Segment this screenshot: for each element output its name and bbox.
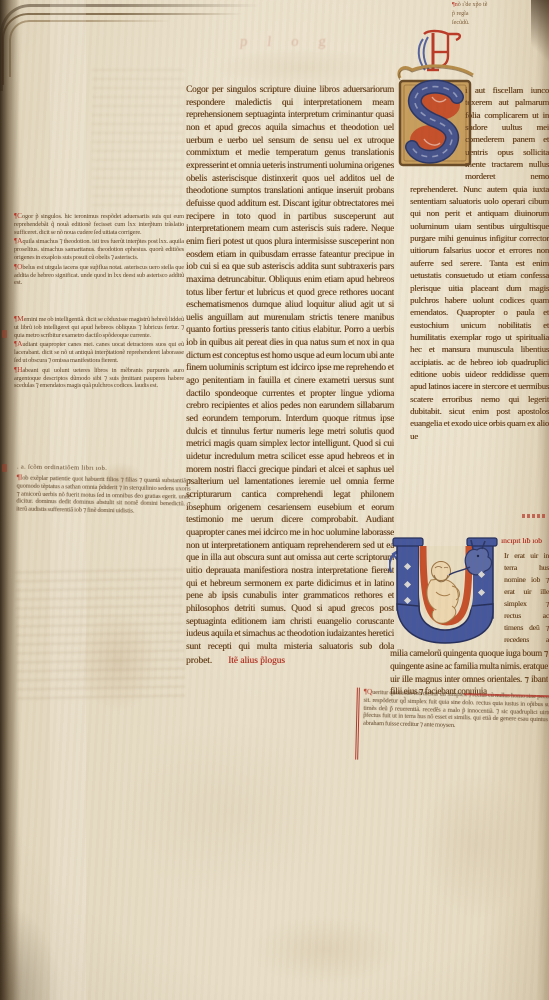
gloss-heading: . a. ſcõm ordinatiõem librı ıob. (17, 462, 191, 474)
left-margin-gloss-block-2: ¶Memini me ob intelligentiã. dicit se cõ… (14, 315, 184, 433)
bottom-right-marginal-note: ¶Queritur quomodo iob dicitur uir simple… (355, 688, 549, 765)
stain (210, 48, 390, 88)
explicit-rubric: Itẽ alius p̃logus (228, 656, 285, 666)
parchment-page: ¶nõ ı̃ de xp̃o tẽ p̃ regĩa ſecũdũ. p l o… (0, 0, 549, 1000)
gloss-paragraph: ¶Iob exẽplar patientie quot habuerit fil… (16, 473, 191, 516)
top-right-inscription: ¶nõ ı̃ de xp̃o tẽ p̃ regĩa ſecũdũ. (452, 1, 542, 28)
initial-s-spacer (410, 84, 460, 170)
historiated-initial-u-job-devil (389, 526, 501, 646)
verso-show-through (15, 569, 185, 700)
left-margin-gloss-block-1: ¶Cogor p̃ singulos. hic ieronimus respõd… (14, 212, 184, 314)
gloss-paragraph: ¶Audiant quapropter canes mei. canes uoc… (14, 340, 184, 364)
gloss-paragraph: ¶Memini me ob intelligentiã. dicit se cõ… (14, 315, 184, 339)
running-title: p l o g (239, 34, 335, 51)
job-1-1-text: Ir erat uir in terra hus nomine iob ⁊ er… (504, 550, 549, 646)
gloss-paragraph: ¶Aquila simachus ⁊ theodotion. isti tres… (14, 237, 184, 261)
job-opening-text: Ir erat uir in terra hus nomine iob ⁊ er… (504, 550, 549, 646)
prologue-cogor-text: Cogor per singulos scripture diuine libr… (186, 84, 394, 654)
incipit-rubric: ıncıpıt lıƀ ıob (501, 536, 549, 547)
manuscript-photo: ¶nõ ı̃ de xp̃o tẽ p̃ regĩa ſecũdũ. p l o… (0, 0, 549, 1000)
explicit-last-word: probet. (186, 656, 212, 666)
red-line-filler (522, 514, 546, 518)
gloss-paragraph: ¶Habeant qui uolunt ueteres libros in mẽ… (14, 366, 184, 390)
verso-show-through (92, 66, 184, 206)
stain (420, 770, 530, 920)
stain (120, 720, 340, 900)
main-text-column: Cogor per singulos scripture diuine libr… (186, 84, 394, 654)
margin-mark (2, 464, 7, 472)
explicit-line: probet.Itẽ alius p̃logus (186, 655, 394, 669)
inscription-line: p̃ regĩa (452, 10, 542, 19)
gloss-paragraph: ¶Cogor p̃ singulos. hic ieronimus respõd… (14, 212, 184, 236)
folio-edge-line-inner (9, 20, 231, 77)
gloss-paragraph: ¶Obelus est uirgula iacens que sup̃flua … (14, 263, 184, 287)
margin-mark (2, 330, 7, 338)
left-margin-gloss-block-3: . a. ſcõm ordinatiõem librı ıob. ¶Iob ex… (15, 462, 191, 579)
inscription-line: ¶nõ ı̃ de xp̃o tẽ (452, 1, 542, 10)
stain (78, 612, 158, 712)
right-text-column: i aut fiscellam iunco texerem aut palmar… (410, 84, 549, 528)
stain (250, 915, 400, 985)
inscription-line: ſecũdũ. (452, 19, 542, 28)
